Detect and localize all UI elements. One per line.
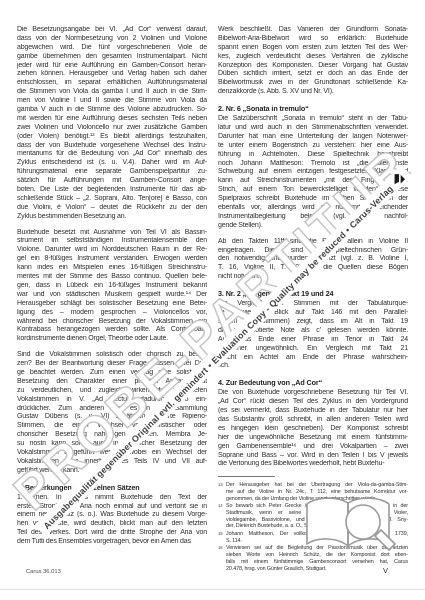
text-line: men von Violine I und II sowie die Stimm… — [17, 97, 207, 106]
text-line: Konzeption des Komponisten. Dieser Vorga… — [218, 62, 408, 71]
text-line: das Substantiv groß schreibt, in allen a… — [218, 416, 408, 425]
text-line: „Ad Cor“ rückt diesen Teil des Zyklus in… — [218, 398, 408, 407]
text-line: ziehen können. Herausgeber und Verlag ha… — [17, 70, 207, 79]
carus-logo-icon — [389, 172, 405, 188]
text-line: Violone. Darunter wird im Norddeutschen … — [17, 246, 207, 255]
text-line: Zyklus entscheidend ist (s. u. V.4). Dah… — [17, 159, 207, 168]
paragraph: Die von Buxtehude vorgeschriebene Besetz… — [218, 389, 408, 469]
text-line: Die Besetzungsangabe bei VI. „Ad Cor“ ve… — [17, 26, 207, 35]
text-line: sätzlich für Aufführungen mit Gamben-Con… — [17, 177, 207, 186]
text-line: jeder wird für eine Aufführung ein Gambe… — [17, 62, 207, 71]
book-magnifier-icon — [301, 494, 397, 565]
paragraph: Die Besetzungsangabe bei VI. „Ad Cor“ ve… — [17, 26, 207, 222]
text-line: mentariums für die Bedeutung von „Ad Cor… — [17, 150, 207, 159]
text-line: dem Tutti des Ensembles vorgetragen, bev… — [17, 538, 207, 547]
text-line: dass der von Buxtehude vorgesehene Wechs… — [17, 142, 207, 151]
footnote-line: 13Der Herausgeber hat bei der Übertragun… — [218, 482, 408, 489]
text-line: entschlossen, im separat erhältlichen Au… — [17, 79, 207, 88]
text-line: schließende Stück – „2. Soprani, Alto. T… — [17, 195, 207, 204]
text-line: war und von städtischen Musikern gespiel… — [17, 291, 207, 300]
document-page: Die Besetzungsangabe bei VI. „Ad Cor“ ve… — [0, 0, 425, 600]
text-line: gel ein 8-füßiges Instrument verstanden.… — [17, 255, 207, 264]
text-line: spannt einen Bogen vom ersten zum letzte… — [218, 44, 408, 53]
text-line: ligung des – modern gesprochen – Violonc… — [17, 309, 207, 318]
text-line: Die Satzüberschrift „Sonata in tremulo“ … — [218, 115, 408, 124]
text-line: (es sei vermerkt, dass Buxtehude in der … — [218, 407, 408, 416]
footnote-number: 13 — [218, 482, 226, 489]
text-line: macht ein Achtel am Ende der Phrase wahr… — [218, 354, 408, 363]
text-line: die Vertonung des Bibelwortes wiederholt… — [218, 460, 408, 469]
text-line: Zyklus bestimmenden Besetzung an. — [17, 213, 207, 222]
edition-number: Carus 36.013 — [26, 569, 61, 575]
page-number: V — [383, 566, 388, 575]
text-line: strument im selbstständigen Instrumental… — [17, 237, 207, 246]
text-line: gamba V auch in die Stimme des Violone a… — [17, 106, 207, 115]
text-line: due Violini, è Violon“ – deutet die Rück… — [17, 204, 207, 213]
section-heading: 2. Nr. 6 „Sonata in tremulo“ — [218, 104, 408, 113]
text-line: kann indes ein Mitspielen eines 16-füßig… — [17, 264, 207, 273]
text-line: es hingegen klein geschrieben). Der Komp… — [218, 425, 408, 434]
page-bottom-edge — [0, 589, 425, 590]
text-line: latur und wird auch in den Stimmenabschr… — [218, 124, 408, 133]
text-line: gen Gambenensemble¹⁶ und drei Vokalparti… — [218, 443, 408, 452]
text-line: Bibelwort-Aria-Bibelwort wird so erklärl… — [218, 35, 408, 44]
text-line: Düben sichtlich irritiert, setzt er doch… — [218, 70, 408, 79]
footnote-number: 14 — [218, 503, 226, 510]
text-line: zwei Violinen und Violoncello nur zwei z… — [17, 124, 207, 133]
text-line: die Stimmen von Viola da gamba I und II … — [17, 88, 207, 97]
footnote-line: 20.478, hrsg. von Günter Graulich, Stutt… — [218, 566, 408, 573]
text-line: führungsmaterial eine separate Gambenspi… — [17, 168, 207, 177]
text-line: lich. — [218, 362, 408, 371]
text-line: boten. Die Liste der begleitenden Instru… — [17, 186, 207, 195]
footnote-number: 15 — [218, 531, 226, 538]
text-line: Werk beschließt. Das Variieren der Grund… — [218, 26, 408, 35]
text-line: Bibelwortmusik zwei in der Grundtonart s… — [218, 79, 408, 88]
text-line: gambe übernehmen den gesamten Instrument… — [17, 53, 207, 62]
text-line: Buxtehude besetzt mit Ausnahme von Teil … — [17, 229, 207, 238]
text-line: ist eher ungewöhnlich. Ein Vergleich mit… — [218, 345, 408, 354]
footnote-number: 16 — [218, 545, 226, 552]
text-line: (oder Violen) benötigt.¹³ Es bleibt alle… — [17, 133, 207, 142]
text-line: gen, dass in Lübeck ein 16-füßiges Instr… — [17, 282, 207, 291]
paragraph: Werk beschließt. Das Variieren der Grund… — [218, 26, 408, 97]
text-line: kes, zugleich verdeutlicht dieses Verfah… — [218, 53, 408, 62]
text-line: mit werden für eine Aufführung dieses se… — [17, 115, 207, 124]
text-line: Herausgeber schlägt bei solistischer Bes… — [17, 300, 207, 309]
text-line: dass von der Normbesetzung von 2 Violine… — [17, 35, 207, 44]
text-line: Soprane und Bass – vor. Wird in den Teil… — [218, 452, 408, 461]
text-line: Die von Buxtehude vorgeschriebene Besetz… — [218, 389, 408, 398]
text-line: abgewichen wird. Die fünf vorgeschrieben… — [17, 44, 207, 53]
section-heading: 4. Zur Bedeutung von „Ad Cor“ — [218, 378, 408, 387]
text-line: mentes mit der Stimme des Basso continuo… — [17, 273, 207, 282]
text-line: denzakkorde (s. Abb. S. XV und Nr. VI). — [218, 88, 408, 97]
footnote-separator — [218, 476, 275, 477]
text-line: hier die ungewöhnliche Besetzung mit ein… — [218, 434, 408, 443]
